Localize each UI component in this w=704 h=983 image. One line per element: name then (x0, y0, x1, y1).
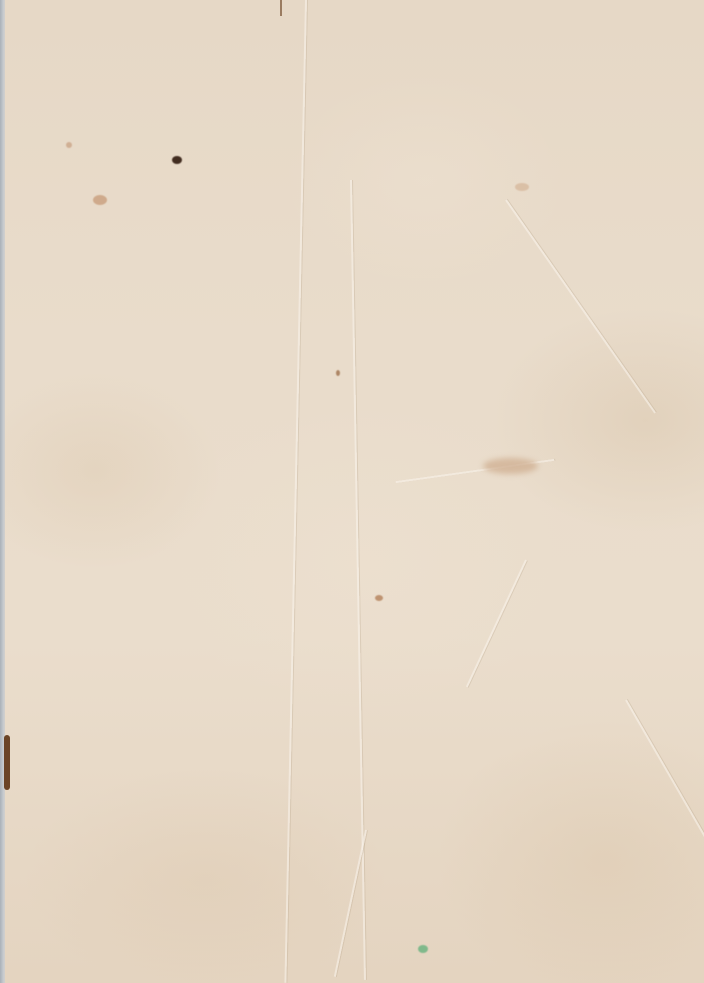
water-stain (483, 458, 538, 474)
vertical-crease (284, 0, 307, 983)
binding-tear-mark (4, 735, 10, 790)
diagonal-crease (625, 700, 704, 874)
brown-stain (93, 195, 107, 205)
top-edge-notch (280, 0, 282, 16)
small-stain (66, 142, 72, 148)
aged-paper-scene (0, 0, 704, 983)
diagonal-crease (505, 199, 656, 413)
rust-cluster (375, 595, 383, 601)
diagonal-crease (466, 560, 527, 688)
faint-stain (515, 183, 529, 191)
dark-ink-spot (172, 156, 182, 164)
blank-paper-page (5, 0, 704, 983)
green-fleck (418, 945, 428, 953)
rust-fleck (336, 370, 340, 376)
